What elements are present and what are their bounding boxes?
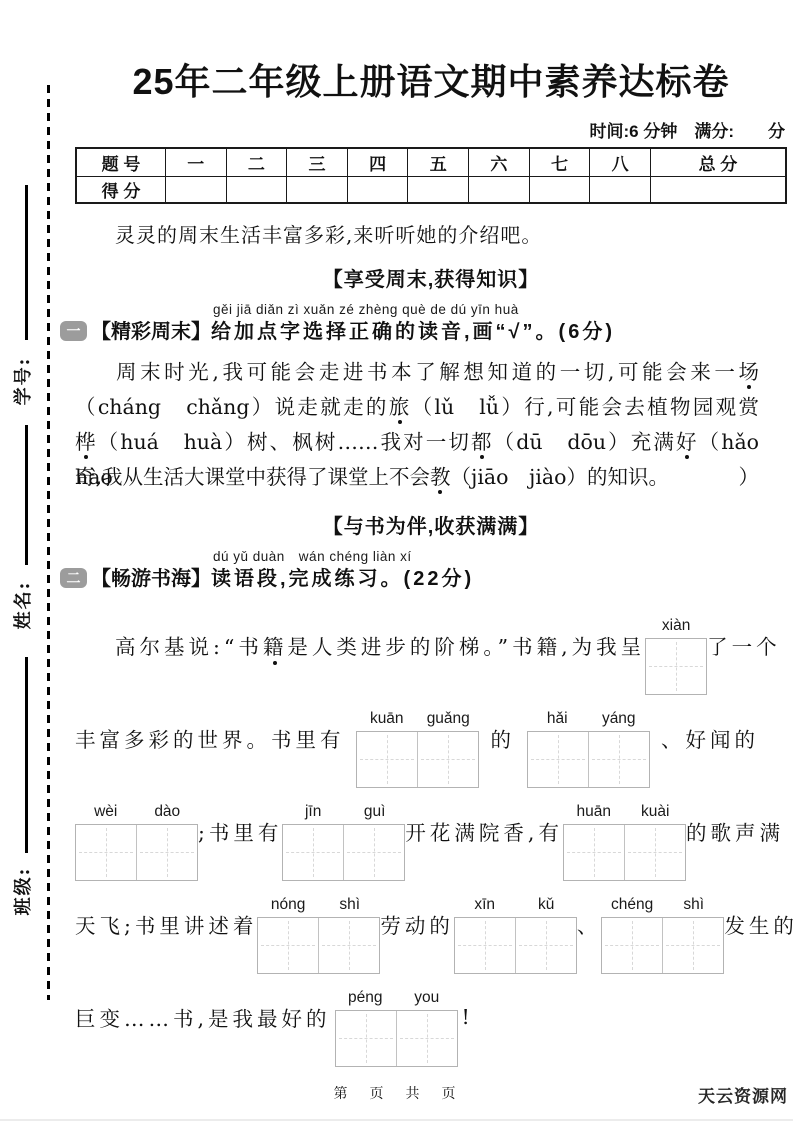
write-in-box[interactable]: chéngshì — [601, 896, 724, 974]
grid-cells — [282, 824, 405, 881]
q1-header: 一 【精彩周末】 gěi jiā diǎn zì xuǎn zé zhèng q… — [60, 302, 787, 345]
passage-text: 的 — [491, 723, 516, 753]
score-col-header-7: 七 — [529, 148, 590, 177]
pinyin-label: huānkuài — [563, 803, 686, 824]
q2-passage-line: 巨变……书,是我最好的péngyou! — [75, 970, 759, 1063]
write-in-box[interactable]: kuānguǎng — [356, 710, 479, 788]
time-score-meta: 时间:6 分钟 满分: 分 — [75, 117, 787, 142]
q2-pinyin: dú yǔ duàn wán chéng liàn xí — [211, 549, 474, 566]
grid-cell[interactable] — [646, 639, 706, 694]
section2-banner: 【与书为伴,收获满满】 — [75, 510, 787, 539]
q1-passage-line: 周末时光,我可能会走进书本了解想知道的一切,可能会来一场 — [75, 355, 759, 390]
grid-cells — [75, 824, 198, 881]
pinyin-label: jīnguì — [282, 803, 405, 824]
pinyin-syllable: xiàn — [645, 617, 707, 638]
main-content: 25年二年级上册语文期中素养达标卷 时间:6 分钟 满分: 分 题 号 一二三四… — [75, 0, 787, 1063]
pinyin-syllable: chéng — [601, 896, 663, 917]
grid-cells — [356, 731, 479, 788]
grid-cell[interactable] — [76, 825, 137, 880]
score-cell-8[interactable] — [590, 177, 651, 204]
score-cell-4[interactable] — [347, 177, 408, 204]
name-label: 姓名: — [9, 569, 35, 641]
dotted-char: 场 — [739, 360, 760, 384]
pinyin-label: wèidào — [75, 803, 198, 824]
passage-text: 了一个 — [707, 630, 781, 660]
write-in-box[interactable]: nóngshì — [257, 896, 380, 974]
pinyin-syllable: kuān — [356, 710, 418, 731]
q2-number-badge: 二 — [60, 568, 87, 588]
dotted-char: 桦 — [75, 430, 98, 454]
student-no-label: 学号: — [9, 345, 35, 417]
passage-text: 丰富多彩的世界。书里有 — [75, 723, 345, 753]
q1-passage-line: 桦（huá huà）树、枫树……我对一切都（dū dōu）充满好（hǎo hào… — [75, 425, 759, 460]
dotted-char: 好 — [676, 430, 699, 454]
pinyin-label: péngyou — [335, 989, 458, 1010]
pinyin-syllable: guǎng — [418, 710, 480, 731]
q2-instruction: dú yǔ duàn wán chéng liàn xí 读语段,完成练习。(2… — [211, 549, 474, 592]
grid-cells — [527, 731, 650, 788]
pinyin-label: xiàn — [645, 617, 707, 638]
class-label: 班级: — [9, 855, 35, 927]
score-cell-1[interactable] — [166, 177, 227, 204]
page-footer: 第 页 共 页 — [0, 1083, 793, 1103]
score-cell-6[interactable] — [469, 177, 530, 204]
q1-number-badge: 一 — [60, 321, 87, 341]
grid-cell[interactable] — [625, 825, 685, 880]
grid-cells — [454, 917, 577, 974]
grid-cells — [335, 1010, 458, 1067]
score-col-header-8: 八 — [590, 148, 651, 177]
write-in-box[interactable]: wèidào — [75, 803, 198, 881]
pinyin-syllable: yáng — [588, 710, 650, 731]
grid-cells — [645, 638, 707, 695]
passage-text: 的歌声满 — [686, 816, 784, 846]
score-col-header-1: 一 — [166, 148, 227, 177]
pinyin-syllable: shì — [663, 896, 725, 917]
pinyin-label: nóngshì — [257, 896, 380, 917]
grid-cells — [601, 917, 724, 974]
passage-text: 奇,我从生活大课堂中获得了课堂上不会 — [75, 465, 430, 489]
write-in-box[interactable]: hǎiyáng — [527, 710, 650, 788]
page-title: 25年二年级上册语文期中素养达标卷 — [75, 0, 787, 105]
score-table-score-row: 得 分 — [76, 177, 786, 204]
passage-text: （lǔ lǚ）行,可能会去植物园观赏 — [412, 395, 759, 419]
grid-cell[interactable] — [418, 732, 478, 787]
pinyin-syllable: jīn — [282, 803, 344, 824]
grid-cell[interactable] — [663, 918, 723, 973]
passage-text: （cháng chǎng）说走就走的 — [75, 395, 389, 419]
pinyin-syllable: you — [396, 989, 458, 1010]
q1-passage: 周末时光,我可能会走进书本了解想知道的一切,可能会来一场（cháng chǎng… — [75, 355, 759, 495]
pinyin-syllable: kuài — [624, 803, 686, 824]
dotted-char: 旅 — [389, 395, 412, 419]
pinyin-syllable: xīn — [454, 896, 516, 917]
pinyin-syllable: huān — [563, 803, 625, 824]
grid-cell[interactable] — [319, 918, 379, 973]
grid-cell[interactable] — [258, 918, 319, 973]
pinyin-label: hǎiyáng — [527, 710, 650, 731]
passage-text: 劳动的 — [380, 909, 454, 939]
passage-text: 天飞;书里讲述着 — [75, 909, 257, 939]
q2-passage-line: 丰富多彩的世界。书里有kuānguǎng的hǎiyáng、好闻的 — [75, 691, 759, 784]
write-in-box[interactable]: xīnkǔ — [454, 896, 577, 974]
q2-header: 二 【畅游书海】 dú yǔ duàn wán chéng liàn xí 读语… — [60, 549, 787, 592]
write-in-box[interactable]: xiàn — [645, 617, 707, 695]
grid-cell[interactable] — [528, 732, 589, 787]
q2-passage: 高尔基说:“书籍是人类进步的阶梯。”书籍,为我呈xiàn了一个丰富多彩的世界。书… — [75, 598, 759, 1063]
grid-cell[interactable] — [455, 918, 516, 973]
score-col-header-5: 五 — [408, 148, 469, 177]
score-table-row1-label: 题 号 — [76, 148, 166, 177]
score-col-header-3: 三 — [287, 148, 348, 177]
student-no-blank-line — [25, 185, 28, 340]
passage-text: 、好闻的 — [661, 723, 759, 753]
passage-text: 是人类进步的阶梯。”书籍,为我呈 — [287, 630, 645, 660]
grid-cell[interactable] — [602, 918, 663, 973]
pinyin-syllable: shì — [319, 896, 381, 917]
exam-page: 学号: 姓名: 班级: 25年二年级上册语文期中素养达标卷 时间:6 分钟 满分… — [0, 0, 793, 1121]
pinyin-syllable: dào — [137, 803, 199, 824]
section1-banner: 【享受周末,获得知识】 — [75, 263, 787, 292]
pinyin-label: kuānguǎng — [356, 710, 479, 731]
grid-cell[interactable] — [397, 1011, 457, 1066]
q2-passage-line: 天飞;书里讲述着nóngshì劳动的xīnkǔ、chéngshì发生的 — [75, 877, 759, 970]
passage-text: （jiāo jiào）的知识。 — [451, 465, 669, 489]
watermark-text: 天云资源网 — [698, 1082, 788, 1107]
score-table-row2-label: 得 分 — [76, 177, 166, 204]
dotted-char: 籍 — [263, 630, 288, 660]
score-col-header-4: 四 — [347, 148, 408, 177]
grid-cells — [563, 824, 686, 881]
score-cell-9[interactable] — [650, 177, 786, 204]
pinyin-syllable: nóng — [257, 896, 319, 917]
score-table-header-row: 题 号 一二三四五六七八总 分 — [76, 148, 786, 177]
score-col-header-6: 六 — [469, 148, 530, 177]
pinyin-syllable: péng — [335, 989, 397, 1010]
grid-cells — [257, 917, 380, 974]
grid-cell[interactable] — [336, 1011, 397, 1066]
passage-text: 、 — [577, 909, 602, 939]
grid-cell[interactable] — [516, 918, 576, 973]
q1-passage-line: （cháng chǎng）说走就走的旅（lǔ lǚ）行,可能会去植物园观赏 — [75, 390, 759, 425]
passage-text: 开花满院香,有 — [405, 816, 563, 846]
grid-cell[interactable] — [283, 825, 344, 880]
write-in-box[interactable]: huānkuài — [563, 803, 686, 881]
score-col-header-2: 二 — [226, 148, 287, 177]
q1-tag: 【精彩周末】 — [91, 319, 211, 345]
q1-pinyin: gěi jiā diǎn zì xuǎn zé zhèng què de dú … — [211, 302, 615, 319]
passage-text: 周末时光,我可能会走进书本了解想知道的一切,可能会来一 — [116, 360, 739, 384]
q2-text: 读语段,完成练习。(22分) — [211, 566, 474, 592]
passage-text: （huá huà）树、枫树……我对一切 — [98, 430, 471, 454]
q2-passage-line: 高尔基说:“书籍是人类进步的阶梯。”书籍,为我呈xiàn了一个 — [75, 598, 759, 691]
dotted-char: 教 — [430, 465, 451, 489]
dotted-char: 都 — [471, 430, 494, 454]
seal-dashed-line — [47, 85, 50, 1000]
name-blank-line — [25, 425, 28, 565]
passage-text: ! — [462, 1005, 474, 1029]
passage-text: 发生的 — [724, 909, 793, 939]
pinyin-syllable: kǔ — [515, 896, 577, 917]
score-cell-2[interactable] — [226, 177, 287, 204]
pinyin-label: xīnkǔ — [454, 896, 577, 917]
pinyin-label: chéngshì — [601, 896, 724, 917]
passage-text: （dū dōu）充满 — [494, 430, 676, 454]
pinyin-syllable: wèi — [75, 803, 137, 824]
write-in-box[interactable]: jīnguì — [282, 803, 405, 881]
grid-cell[interactable] — [564, 825, 625, 880]
q1-text: 给加点字选择正确的读音,画“√”。(6分) — [211, 319, 615, 345]
q2-passage-line: wèidào;书里有jīnguì开花满院香,有huānkuài的歌声满 — [75, 784, 759, 877]
q1-instruction: gěi jiā diǎn zì xuǎn zé zhèng què de dú … — [211, 302, 615, 345]
write-in-box[interactable]: péngyou — [335, 989, 458, 1067]
pinyin-syllable: guì — [344, 803, 406, 824]
class-blank-line — [25, 657, 28, 853]
passage-text: 高尔基说:“书 — [115, 630, 263, 660]
pinyin-syllable: hǎi — [527, 710, 589, 731]
intro-text: 灵灵的周末生活丰富多彩,来听听她的介绍吧。 — [75, 219, 787, 248]
score-cell-3[interactable] — [287, 177, 348, 204]
grid-cell[interactable] — [589, 732, 649, 787]
q1-passage-line: 奇,我从生活大课堂中获得了课堂上不会教（jiāo jiào）的知识。 — [75, 460, 759, 495]
grid-cell[interactable] — [137, 825, 197, 880]
score-cell-5[interactable] — [408, 177, 469, 204]
passage-text: 巨变……书,是我最好的 — [75, 1002, 331, 1032]
score-col-header-9: 总 分 — [650, 148, 786, 177]
grid-cell[interactable] — [357, 732, 418, 787]
q2-tag: 【畅游书海】 — [91, 566, 211, 592]
grid-cell[interactable] — [344, 825, 404, 880]
score-table: 题 号 一二三四五六七八总 分 得 分 — [75, 147, 787, 204]
passage-text: ;书里有 — [198, 816, 282, 846]
score-cell-7[interactable] — [529, 177, 590, 204]
